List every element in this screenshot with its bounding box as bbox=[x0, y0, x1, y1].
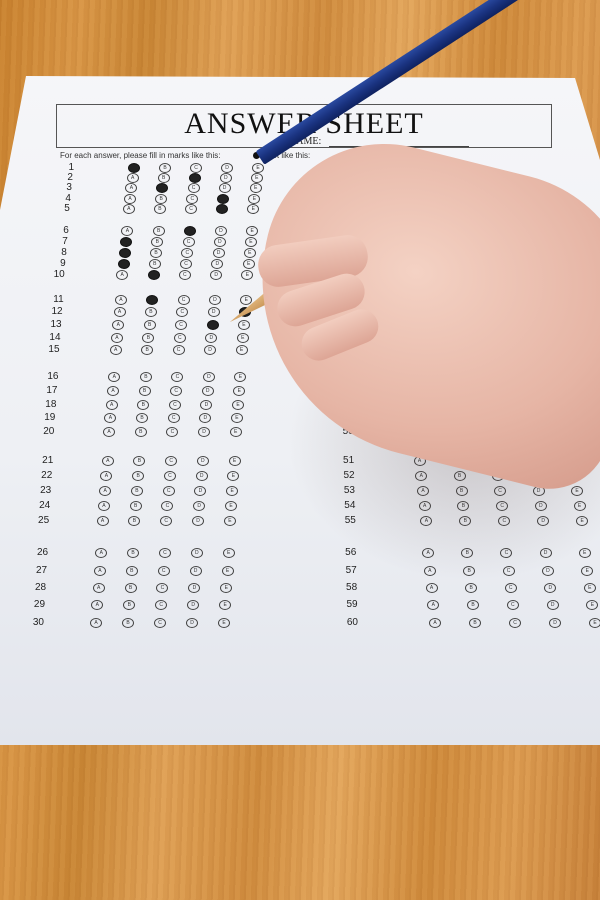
question-number: 14 bbox=[39, 332, 61, 343]
answer-bubble[interactable]: B bbox=[159, 163, 171, 173]
answer-bubble[interactable]: A bbox=[97, 516, 109, 526]
answer-bubble[interactable]: D bbox=[196, 471, 208, 481]
answer-bubble[interactable]: E bbox=[224, 516, 236, 526]
answer-bubble[interactable]: E bbox=[223, 548, 235, 558]
answer-bubble[interactable]: A bbox=[123, 204, 135, 214]
question-number: 58 bbox=[335, 582, 357, 593]
answer-bubble[interactable]: D bbox=[202, 386, 214, 396]
question-number: 9 bbox=[44, 258, 66, 269]
answer-bubble[interactable]: E bbox=[231, 413, 243, 423]
question-number: 3 bbox=[50, 182, 72, 193]
answer-bubble[interactable]: E bbox=[252, 163, 264, 173]
question-number: 53 bbox=[333, 485, 355, 496]
answer-bubble[interactable]: D bbox=[213, 248, 225, 258]
answer-bubble[interactable]: B bbox=[126, 566, 138, 576]
answer-bubble[interactable]: B bbox=[136, 413, 148, 423]
answer-bubble[interactable]: D bbox=[540, 548, 552, 558]
answer-bubble[interactable]: C bbox=[168, 413, 180, 423]
question-number: 21 bbox=[31, 455, 53, 466]
question-number: 17 bbox=[35, 385, 57, 396]
answer-bubble[interactable]: C bbox=[494, 486, 506, 496]
question-number: 52 bbox=[333, 470, 355, 481]
answer-bubble[interactable]: C bbox=[185, 204, 197, 214]
question-number: 19 bbox=[33, 412, 55, 423]
answer-bubble[interactable]: B bbox=[125, 583, 137, 593]
answer-bubble[interactable]: A bbox=[102, 456, 114, 466]
answer-bubble[interactable]: A bbox=[426, 583, 438, 593]
answer-bubble[interactable]: B bbox=[144, 320, 156, 330]
answer-bubble[interactable]: C bbox=[189, 173, 201, 183]
answer-bubble[interactable]: D bbox=[208, 307, 220, 317]
answer-bubble[interactable]: E bbox=[244, 248, 256, 258]
answer-bubble[interactable]: D bbox=[190, 566, 202, 576]
answer-bubble[interactable]: A bbox=[429, 618, 441, 628]
answer-bubble[interactable]: A bbox=[94, 566, 106, 576]
answer-bubble[interactable]: A bbox=[93, 583, 105, 593]
answer-bubble[interactable]: B bbox=[149, 259, 161, 269]
question-number: 27 bbox=[25, 565, 47, 576]
answer-bubble[interactable]: B bbox=[131, 486, 143, 496]
answer-bubble[interactable]: A bbox=[119, 248, 131, 258]
question-number: 57 bbox=[335, 565, 357, 576]
question-number: 22 bbox=[30, 470, 52, 481]
question-number: 55 bbox=[334, 515, 356, 526]
answer-bubble[interactable]: B bbox=[454, 471, 466, 481]
answer-bubble[interactable]: B bbox=[135, 427, 147, 437]
answer-bubble[interactable]: A bbox=[419, 501, 431, 511]
answer-bubble[interactable]: C bbox=[175, 320, 187, 330]
question-number: 8 bbox=[45, 247, 67, 258]
answer-bubble[interactable]: B bbox=[140, 372, 152, 382]
answer-bubble[interactable]: E bbox=[218, 618, 230, 628]
answer-bubble[interactable]: D bbox=[549, 618, 561, 628]
answer-bubble[interactable]: C bbox=[507, 600, 519, 610]
answer-bubble[interactable]: E bbox=[222, 566, 234, 576]
answer-bubble[interactable]: E bbox=[237, 333, 249, 343]
answer-bubble[interactable]: C bbox=[173, 345, 185, 355]
answer-bubble[interactable]: E bbox=[236, 345, 248, 355]
answer-bubble[interactable]: A bbox=[124, 194, 136, 204]
answer-bubble[interactable]: A bbox=[128, 163, 140, 173]
question-number: 24 bbox=[28, 500, 50, 511]
answer-bubble[interactable]: E bbox=[225, 501, 237, 511]
answer-bubble[interactable]: A bbox=[417, 486, 429, 496]
answer-bubble[interactable]: E bbox=[579, 548, 591, 558]
question-number: 18 bbox=[34, 399, 56, 410]
answer-bubble[interactable]: A bbox=[127, 173, 139, 183]
answer-bubble[interactable]: E bbox=[589, 618, 600, 628]
answer-bubble[interactable]: E bbox=[251, 173, 263, 183]
question-number: 29 bbox=[23, 599, 45, 610]
answer-bubble[interactable]: B bbox=[150, 248, 162, 258]
question-number: 51 bbox=[332, 455, 354, 466]
question-number: 10 bbox=[43, 269, 65, 280]
question-number: 16 bbox=[36, 371, 58, 382]
answer-bubble[interactable]: D bbox=[197, 456, 209, 466]
answer-bubble[interactable]: E bbox=[232, 400, 244, 410]
answer-bubble[interactable]: D bbox=[191, 548, 203, 558]
question-number: 60 bbox=[336, 617, 358, 628]
answer-bubble[interactable]: E bbox=[250, 183, 262, 193]
answer-bubble[interactable]: E bbox=[574, 501, 586, 511]
answer-bubble[interactable]: D bbox=[186, 618, 198, 628]
answer-bubble[interactable]: D bbox=[204, 345, 216, 355]
answer-bubble[interactable]: B bbox=[139, 386, 151, 396]
answer-bubble[interactable]: A bbox=[118, 259, 130, 269]
answer-bubble[interactable]: C bbox=[178, 295, 190, 305]
answer-bubble[interactable]: D bbox=[203, 372, 215, 382]
question-number: 11 bbox=[42, 294, 64, 305]
question-number: 25 bbox=[27, 515, 49, 526]
question-number: 6 bbox=[47, 225, 69, 236]
answer-bubble[interactable]: B bbox=[154, 204, 166, 214]
answer-bubble[interactable]: D bbox=[215, 226, 227, 236]
answer-bubble[interactable]: C bbox=[509, 618, 521, 628]
answer-bubble[interactable]: C bbox=[179, 270, 191, 280]
answer-bubble[interactable]: C bbox=[154, 618, 166, 628]
answer-bubble[interactable]: D bbox=[219, 183, 231, 193]
answer-bubble[interactable]: E bbox=[571, 486, 583, 496]
answer-bubble[interactable]: B bbox=[145, 307, 157, 317]
question-number: 5 bbox=[48, 203, 70, 214]
answer-bubble[interactable]: B bbox=[153, 226, 165, 236]
question-number: 56 bbox=[334, 547, 356, 558]
answer-bubble[interactable]: A bbox=[114, 307, 126, 317]
answer-bubble[interactable]: A bbox=[110, 345, 122, 355]
answer-bubble[interactable]: D bbox=[214, 237, 226, 247]
answer-bubble[interactable]: B bbox=[127, 548, 139, 558]
answer-bubble[interactable]: A bbox=[90, 618, 102, 628]
answer-bubble[interactable]: D bbox=[221, 163, 233, 173]
question-number: 54 bbox=[333, 500, 355, 511]
answer-bubble[interactable]: D bbox=[207, 320, 219, 330]
question-number: 59 bbox=[336, 599, 358, 610]
answer-bubble[interactable]: A bbox=[115, 295, 127, 305]
answer-bubble[interactable]: C bbox=[159, 548, 171, 558]
answer-bubble[interactable]: E bbox=[230, 427, 242, 437]
answer-bubble[interactable]: C bbox=[180, 259, 192, 269]
answer-bubble[interactable]: C bbox=[163, 486, 175, 496]
answer-bubble[interactable]: D bbox=[198, 427, 210, 437]
answer-bubble[interactable]: C bbox=[158, 566, 170, 576]
answer-bubble[interactable]: A bbox=[98, 501, 110, 511]
answer-bubble[interactable]: B bbox=[130, 501, 142, 511]
answer-bubble[interactable]: D bbox=[209, 295, 221, 305]
answer-bubble[interactable]: A bbox=[107, 386, 119, 396]
answer-bubble[interactable]: C bbox=[503, 566, 515, 576]
answer-bubble[interactable]: A bbox=[111, 333, 123, 343]
answer-bubble[interactable]: B bbox=[467, 600, 479, 610]
answer-bubble[interactable]: C bbox=[183, 237, 195, 247]
question-number: 30 bbox=[22, 617, 44, 628]
answer-bubble[interactable]: D bbox=[542, 566, 554, 576]
question-number: 12 bbox=[41, 306, 63, 317]
question-number: 23 bbox=[29, 485, 51, 496]
answer-bubble[interactable]: B bbox=[148, 270, 160, 280]
answer-bubble[interactable]: E bbox=[238, 320, 250, 330]
answer-bubble[interactable]: C bbox=[174, 333, 186, 343]
answer-bubble[interactable]: E bbox=[243, 259, 255, 269]
answer-bubble[interactable]: B bbox=[122, 618, 134, 628]
answer-bubble[interactable]: C bbox=[505, 583, 517, 593]
answer-bubble[interactable]: B bbox=[456, 486, 468, 496]
question-number: 15 bbox=[38, 344, 60, 355]
answer-bubble[interactable]: E bbox=[229, 456, 241, 466]
answer-bubble[interactable]: C bbox=[190, 163, 202, 173]
answer-bubble[interactable]: A bbox=[106, 400, 118, 410]
question-number: 28 bbox=[24, 582, 46, 593]
answer-bubble[interactable]: A bbox=[424, 566, 436, 576]
answer-bubble[interactable]: D bbox=[547, 600, 559, 610]
answer-bubble[interactable]: C bbox=[169, 400, 181, 410]
question-number: 7 bbox=[46, 236, 68, 247]
answer-bubble[interactable]: D bbox=[535, 501, 547, 511]
answer-bubble[interactable]: C bbox=[188, 183, 200, 193]
answer-bubble[interactable]: D bbox=[192, 516, 204, 526]
answer-bubble[interactable]: E bbox=[584, 583, 596, 593]
question-number: 26 bbox=[26, 547, 48, 558]
answer-bubble[interactable]: D bbox=[220, 173, 232, 183]
answer-bubble[interactable]: C bbox=[184, 226, 196, 236]
answer-bubble[interactable]: A bbox=[103, 427, 115, 437]
answer-bubble[interactable]: B bbox=[469, 618, 481, 628]
question-number: 13 bbox=[40, 319, 62, 330]
answer-bubble[interactable]: E bbox=[245, 237, 257, 247]
answer-bubble[interactable]: C bbox=[164, 471, 176, 481]
instruction-text: For each answer, please fill in marks li… bbox=[60, 151, 221, 160]
answer-bubble[interactable]: B bbox=[158, 173, 170, 183]
question-number: 20 bbox=[32, 426, 54, 437]
